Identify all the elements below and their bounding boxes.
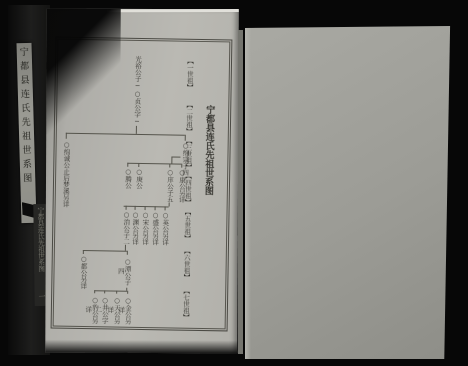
- tree-connector: [171, 156, 180, 157]
- generation-label-1: 【一世祖】: [185, 58, 195, 92]
- tree-node: ○潭公子四: [122, 255, 131, 288]
- tree-node: ○腾公: [123, 167, 131, 189]
- generation-label-5: 【五世祖】: [182, 209, 192, 243]
- tree-connector: [169, 202, 170, 206]
- right-page-gutter-edge: [245, 26, 251, 359]
- generation-label-7: 【七世祖】: [181, 288, 191, 322]
- left-page: 宁都县连氏先祖世系图 【一世祖】 【二世祖】 【三世祖】 【四世祖】 【五世祖】…: [45, 9, 238, 354]
- generation-label-6: 【六世祖】: [181, 248, 191, 282]
- page-edge-highlight: [107, 9, 239, 12]
- page-bottom-shadow: [45, 340, 237, 354]
- tree-node: ○宋公另详: [140, 210, 149, 245]
- tree-node: ○㳙公子二: [121, 210, 130, 245]
- tree-node: ○渊公另详: [130, 210, 139, 245]
- book-scan: 宁都县连氏先祖世系图 宁都县连氏先祖世系图 一 宁都县连氏先祖世系图 【一世祖】…: [0, 0, 468, 366]
- chart-title: 宁都县连氏先祖世系图: [202, 105, 215, 197]
- tree-connector: [171, 156, 172, 163]
- generation-label-2: 【二世祖】: [184, 102, 194, 136]
- tree-node: ○金公另详: [123, 294, 132, 327]
- tree-node: ○英公另详: [160, 210, 169, 245]
- tree-node-root: 光裕公子─○贞公字─: [132, 56, 141, 126]
- page-corner-shadow: [46, 9, 121, 135]
- tree-node: ○盛公另详: [150, 210, 159, 245]
- page-edge-sliver: [238, 30, 243, 354]
- tree-node: ○康公另详: [177, 168, 186, 203]
- spine-title: 宁都县连氏先祖世系图: [19, 47, 34, 197]
- right-page-blank: [245, 26, 453, 359]
- tree-node: ○庚公: [134, 167, 142, 189]
- tree-connector: [136, 126, 137, 134]
- tree-node: ○都公另详: [78, 254, 87, 289]
- tree-node: ○庠公子五: [165, 167, 174, 202]
- tree-node: ○绵诚公止后梦溪另详: [61, 139, 70, 209]
- folio-title: 宁都县连氏先祖世系图: [36, 207, 45, 289]
